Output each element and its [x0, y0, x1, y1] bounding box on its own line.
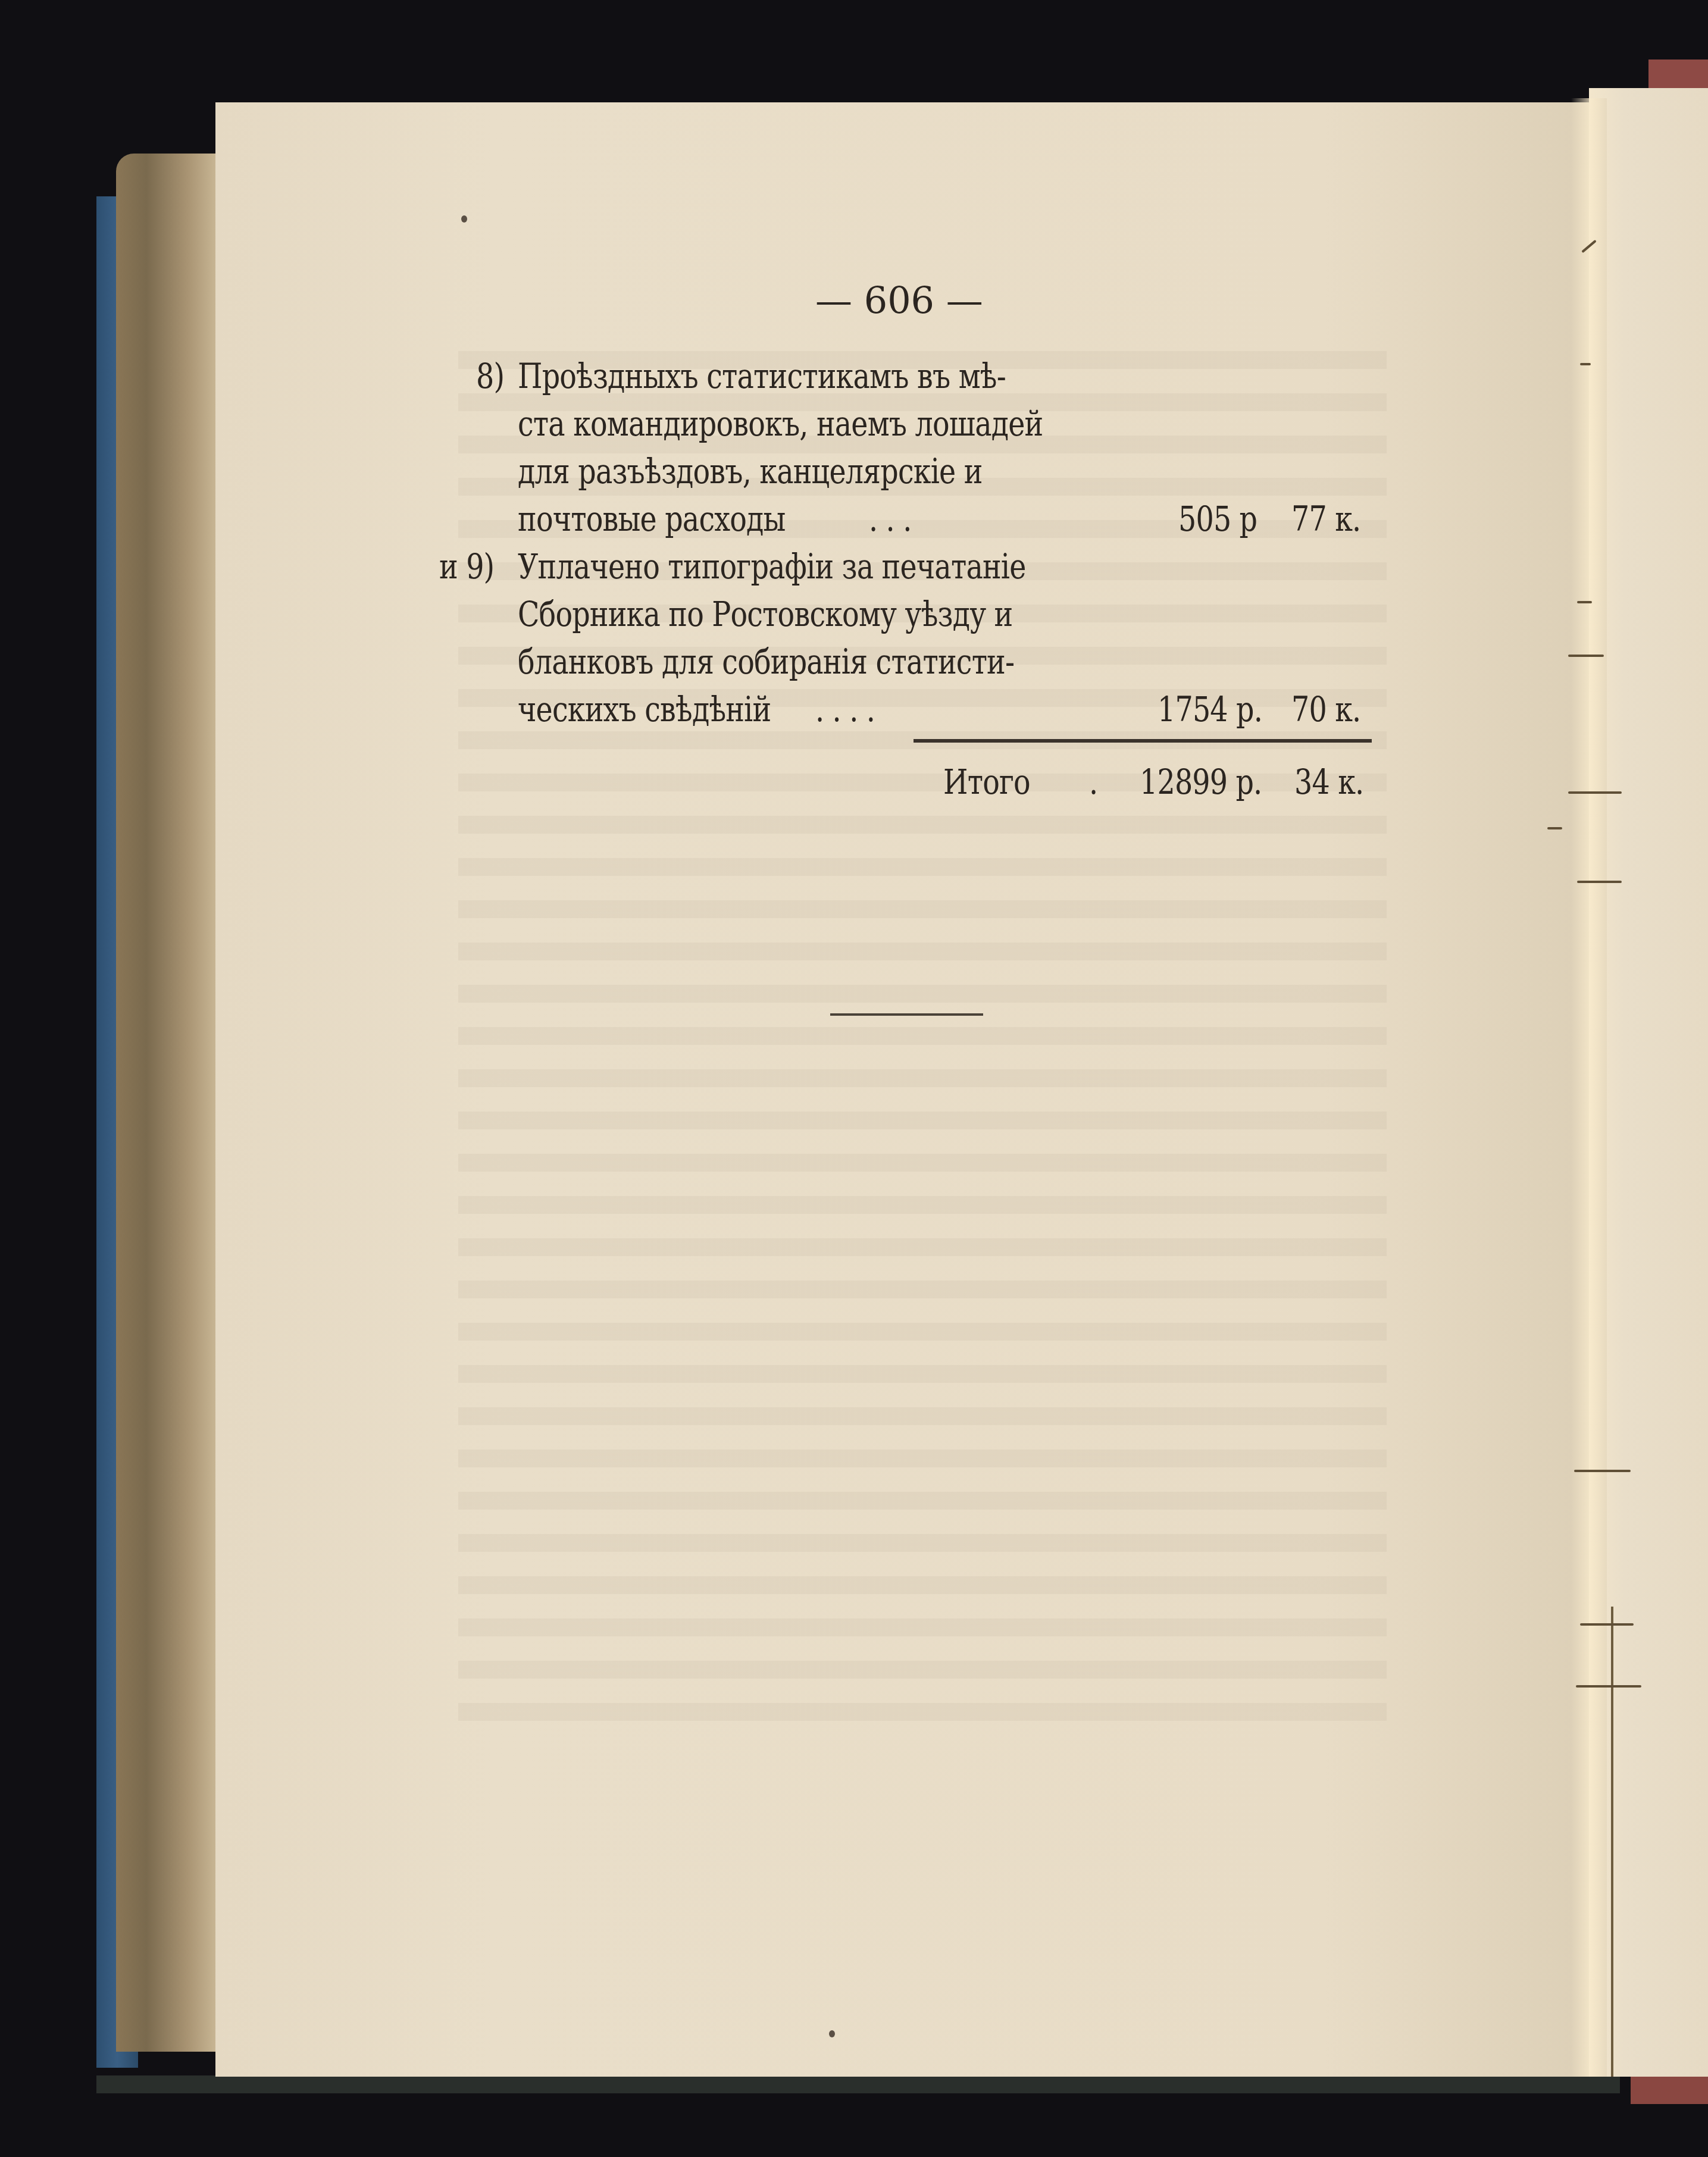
total-label: Итого — [943, 762, 1030, 802]
speck — [829, 2030, 835, 2037]
total-leader: . — [1089, 762, 1097, 802]
item-line: почтовые расходы — [518, 499, 786, 539]
thread-mark — [1577, 881, 1622, 883]
left-page — [215, 102, 1602, 2077]
thread-mark — [1577, 601, 1592, 603]
item-marker: и 9) — [439, 546, 494, 587]
thread-mark — [1547, 827, 1562, 829]
item-line: Проѣздныхъ статистикамъ въ мѣ- — [518, 356, 1006, 396]
total-kopecks: 34 к. — [1294, 762, 1363, 802]
thread-mark — [1568, 791, 1622, 794]
thread-mark — [1574, 1470, 1631, 1472]
total-rubles: 12899 р. — [1140, 762, 1262, 802]
page-number: — 606 — — [815, 278, 983, 322]
page-stack-edge — [116, 154, 217, 2052]
amount-rubles: 1754 р. — [1158, 689, 1262, 730]
amount-kopecks: 70 к. — [1291, 689, 1360, 730]
gutter — [1571, 98, 1607, 2077]
speck — [461, 215, 467, 223]
right-page-edge — [1589, 88, 1708, 2077]
thread-mark — [1568, 655, 1604, 657]
item-leader: . . . — [869, 499, 911, 539]
total-rule — [914, 739, 1372, 743]
thread-mark — [1580, 363, 1591, 365]
item-leader: . . . . — [815, 689, 875, 730]
red-cover-bottom — [1631, 2075, 1708, 2104]
amount-rubles: 505 р — [1178, 499, 1257, 539]
item-line: для разъѣздовъ, канцелярскіе и — [518, 451, 983, 491]
item-line: бланковъ для собиранія статисти- — [518, 641, 1014, 682]
thread-mark — [1576, 1685, 1641, 1688]
book-bottom-edge — [96, 2075, 1620, 2093]
item-marker: 8) — [476, 356, 504, 396]
amount-kopecks: 77 к. — [1291, 499, 1360, 539]
item-line: Уплачено типографіи за печатаніе — [518, 546, 1026, 587]
red-cover-top — [1648, 60, 1708, 88]
section-separator — [830, 1013, 983, 1016]
item-line: Сборника по Ростовскому уѣзду и — [518, 594, 1013, 634]
binding-thread — [1611, 1607, 1613, 2077]
item-line: ческихъ свѣдѣній — [518, 689, 771, 730]
item-line: ста командировокъ, наемъ лошадей — [518, 403, 1043, 444]
thread-mark — [1580, 1623, 1634, 1626]
